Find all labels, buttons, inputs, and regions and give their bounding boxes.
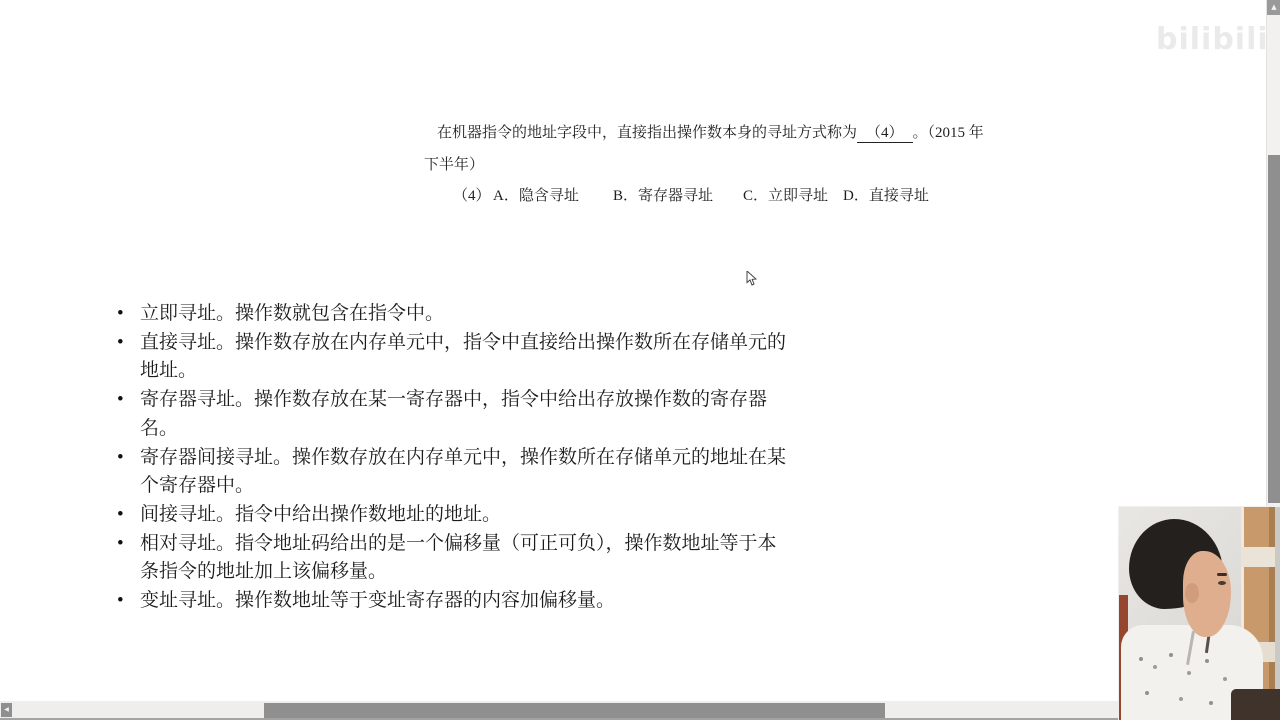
mouse-cursor-icon [746, 271, 757, 291]
list-item: 寄存器间接寻址。操作数存放在内存单元中，操作数所在存储单元的地址在某个寄存器中。 [115, 444, 795, 501]
list-item: 相对寻址。指令地址码给出的是一个偏移量（可正可负），操作数地址等于本条指令的地址… [115, 530, 795, 587]
option-c: C．立即寻址 [743, 184, 828, 205]
option-number: （4） [453, 184, 491, 205]
horizontal-scrollbar-thumb[interactable] [264, 703, 885, 718]
question-text-pre: 在机器指令的地址字段中，直接指出操作数本身的寻址方式称为 [437, 125, 857, 141]
shelf-gap [1241, 547, 1275, 567]
list-item: 变址寻址。操作数地址等于变址寄存器的内容加偏移量。 [115, 587, 795, 616]
list-item: 间接寻址。指令中给出操作数地址的地址。 [115, 501, 795, 530]
bilibili-watermark: bilibili [1156, 22, 1269, 57]
person-ear [1185, 583, 1199, 603]
list-item: 直接寻址。操作数存放在内存单元中，指令中直接给出操作数所在存储单元的地址。 [115, 329, 795, 386]
scroll-left-button[interactable]: ◀ [1, 703, 12, 717]
scroll-up-icon: ▲ [1271, 3, 1276, 11]
vertical-scrollbar-thumb[interactable] [1268, 155, 1280, 503]
list-item: 寄存器寻址。操作数存放在某一寄存器中，指令中给出存放操作数的寄存器名。 [115, 386, 795, 443]
document-canvas: bilibili 在机器指令的地址字段中，直接指出操作数本身的寻址方式称为（4）… [0, 0, 1280, 720]
question-text-post: 。（2015 年 [913, 125, 984, 141]
scroll-left-icon: ◀ [4, 706, 9, 713]
question-line2: 下半年） [424, 153, 484, 174]
scroll-up-button[interactable]: ▲ [1267, 0, 1280, 15]
webcam-overlay [1118, 506, 1280, 720]
list-item: 立即寻址。操作数就包含在指令中。 [115, 300, 795, 329]
person-eye [1218, 581, 1226, 585]
addressing-modes-list: 立即寻址。操作数就包含在指令中。 直接寻址。操作数存放在内存单元中，指令中直接给… [115, 300, 795, 616]
pajama-pattern [1139, 657, 1143, 661]
option-b: B．寄存器寻址 [613, 184, 713, 205]
option-a: A．隐含寻址 [493, 184, 579, 205]
desk-object [1231, 689, 1280, 720]
option-d: D．直接寻址 [843, 184, 929, 205]
person-eyebrow [1217, 573, 1227, 576]
question-blank-underline: （4） [857, 121, 913, 143]
question-options-row: （4） A．隐含寻址 B．寄存器寻址 C．立即寻址 D．直接寻址 [453, 184, 933, 204]
horizontal-scrollbar[interactable]: ◀ [0, 701, 1280, 720]
question-line1: 在机器指令的地址字段中，直接指出操作数本身的寻址方式称为（4）。（2015 年 [437, 121, 984, 143]
